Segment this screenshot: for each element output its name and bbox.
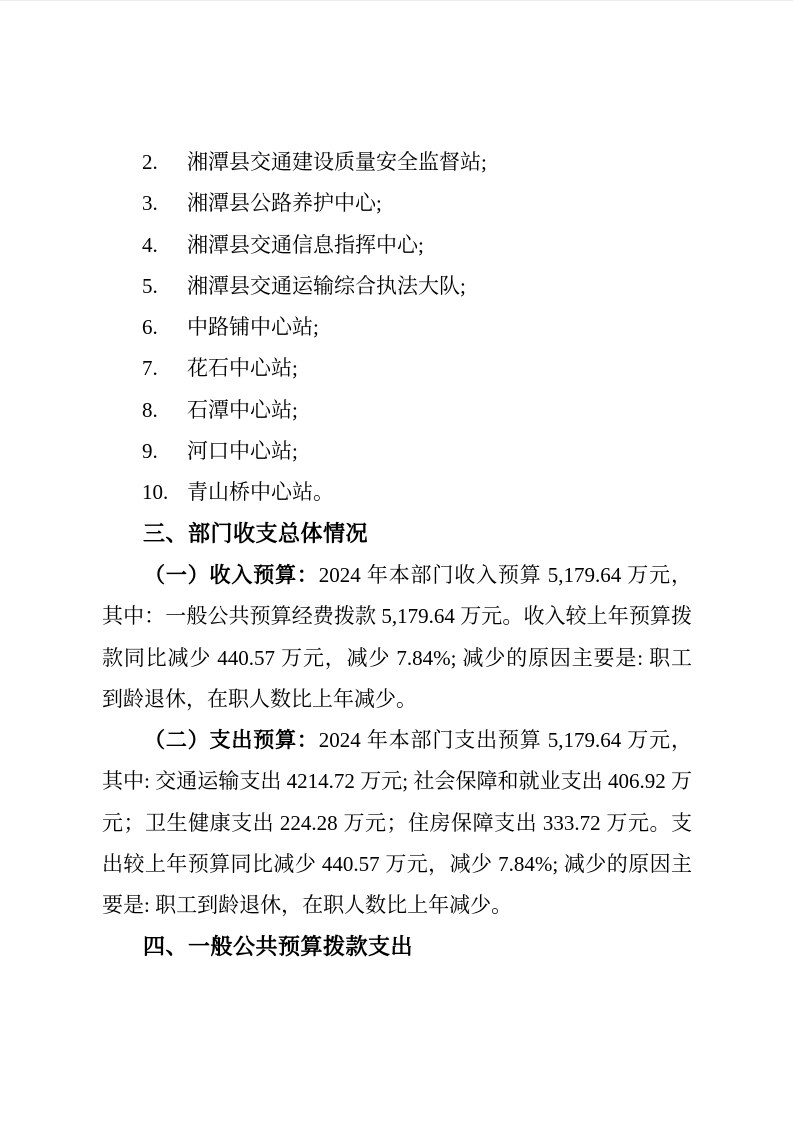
list-item-number: 5. <box>142 266 187 307</box>
list-item-text: 花石中心站; <box>187 348 692 389</box>
list-item-number: 3. <box>142 183 187 224</box>
section-heading-income-expense-overview: 三、部门收支总体情况 <box>102 514 692 555</box>
list-item-number: 4. <box>142 225 187 266</box>
list-item: 7. 花石中心站; <box>102 348 692 389</box>
list-item: 9. 河口中心站; <box>102 431 692 472</box>
income-paragraph-lead: （一）收入预算： <box>144 563 319 587</box>
list-item-text: 石潭中心站; <box>187 390 692 431</box>
list-item-text: 中路铺中心站; <box>187 307 692 348</box>
expense-paragraph-body: 2024 年本部门支出预算 5,179.64 万元，其中: 交通运输支出 421… <box>102 728 692 917</box>
list-item-text: 河口中心站; <box>187 431 692 472</box>
list-item: 3. 湘潭县公路养护中心; <box>102 183 692 224</box>
list-item-number: 9. <box>142 431 187 472</box>
list-item-number: 8. <box>142 390 187 431</box>
list-item-text: 湘潭县交通建设质量安全监督站; <box>187 142 692 183</box>
document-content: 2. 湘潭县交通建设质量安全监督站; 3. 湘潭县公路养护中心; 4. 湘潭县交… <box>102 142 692 968</box>
list-item-text: 青山桥中心站。 <box>187 472 692 513</box>
list-item-number: 6. <box>142 307 187 348</box>
list-item: 6. 中路铺中心站; <box>102 307 692 348</box>
list-item: 5. 湘潭县交通运输综合执法大队; <box>102 266 692 307</box>
list-item: 10. 青山桥中心站。 <box>102 472 692 513</box>
list-item-text: 湘潭县交通运输综合执法大队; <box>187 266 692 307</box>
list-item: 4. 湘潭县交通信息指挥中心; <box>102 225 692 266</box>
section-heading-general-public-budget-expenditure: 四、一般公共预算拨款支出 <box>102 927 692 968</box>
income-budget-paragraph: （一）收入预算：2024 年本部门收入预算 5,179.64 万元，其中：一般公… <box>102 555 692 720</box>
list-item: 2. 湘潭县交通建设质量安全监督站; <box>102 142 692 183</box>
list-item-number: 10. <box>142 472 187 513</box>
list-item-number: 7. <box>142 348 187 389</box>
list-item-number: 2. <box>142 142 187 183</box>
list-item: 8. 石潭中心站; <box>102 390 692 431</box>
expense-paragraph-lead: （二）支出预算： <box>144 728 319 752</box>
list-item-text: 湘潭县公路养护中心; <box>187 183 692 224</box>
list-item-text: 湘潭县交通信息指挥中心; <box>187 225 692 266</box>
expense-budget-paragraph: （二）支出预算：2024 年本部门支出预算 5,179.64 万元，其中: 交通… <box>102 720 692 926</box>
document-page: 2. 湘潭县交通建设质量安全监督站; 3. 湘潭县公路养护中心; 4. 湘潭县交… <box>0 0 793 1122</box>
